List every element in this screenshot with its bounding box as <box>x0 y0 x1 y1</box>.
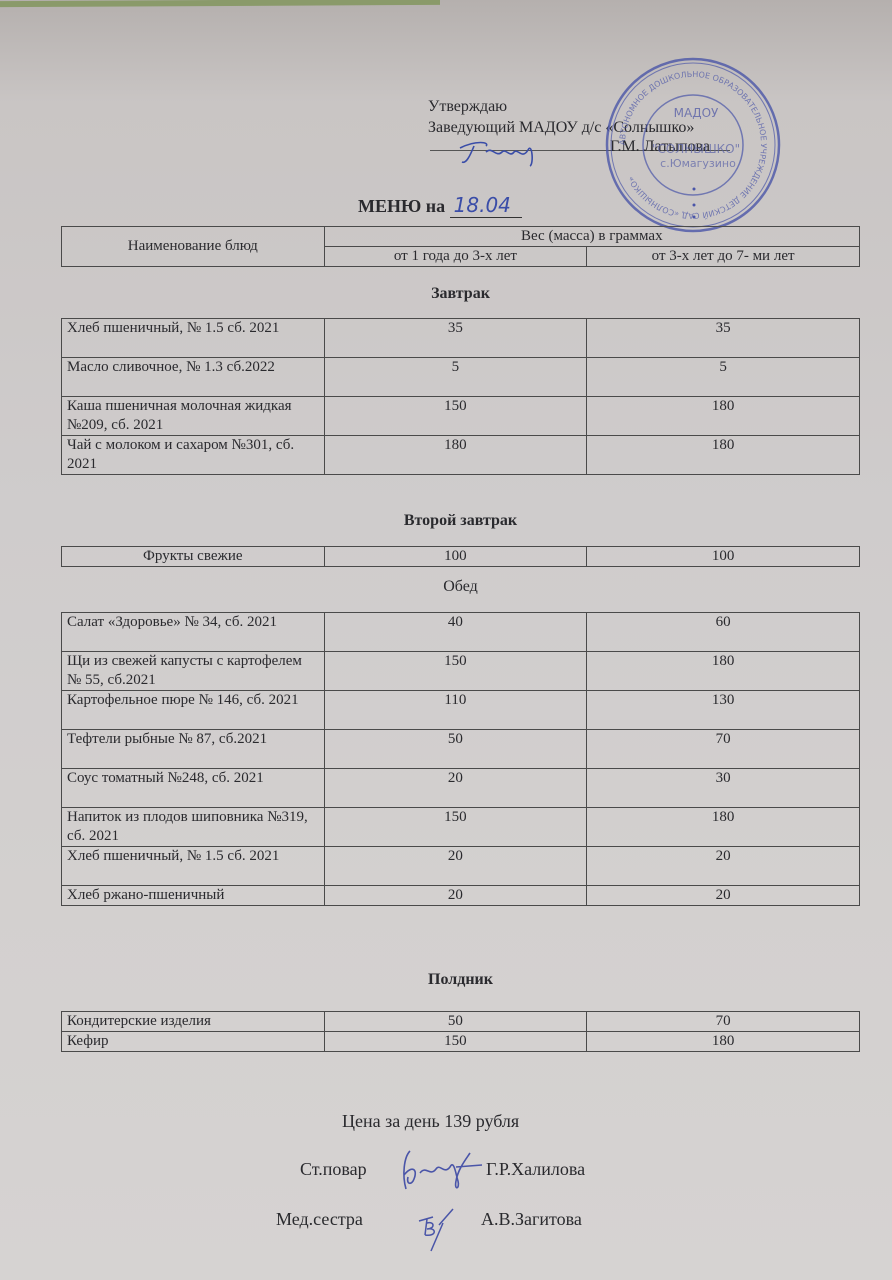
background-edge <box>0 0 440 7</box>
nurse-role: Мед.сестра <box>276 1209 363 1230</box>
weight-age-1-3: 110 <box>324 691 587 730</box>
stamp-center-3: с.Юмагузино <box>660 157 736 170</box>
weight-age-1-3: 100 <box>324 547 587 567</box>
weight-age-3-7: 180 <box>587 652 860 691</box>
stamp-center-2: "СОЛНЫШКО" <box>652 142 740 156</box>
chef-role: Ст.повар <box>300 1159 367 1180</box>
table-row: Фрукты свежие 100 100 <box>62 547 860 567</box>
table-row: Масло сливочное, № 1.3 сб.2022 5 5 <box>62 358 860 397</box>
weight-age-1-3: 50 <box>324 1012 587 1032</box>
chef-signature-icon <box>396 1145 486 1195</box>
table-row: Кондитерские изделия 50 70 <box>62 1012 860 1032</box>
weight-age-3-7: 130 <box>587 691 860 730</box>
weight-age-1-3: 20 <box>324 769 587 808</box>
dish-name: Хлеб ржано-пшеничный <box>62 886 325 906</box>
header-weight: Вес (масса) в граммах <box>324 227 859 247</box>
snack-table: Кондитерские изделия 50 70 Кефир 150 180 <box>61 1011 860 1052</box>
section-title-snack: Полдник <box>61 971 860 989</box>
table-row: Соус томатный №248, сб. 2021 20 30 <box>62 769 860 808</box>
weight-age-1-3: 150 <box>324 397 587 436</box>
weight-age-3-7: 180 <box>587 808 860 847</box>
dish-name: Щи из свежей капусты с картофелем № 55, … <box>62 652 325 691</box>
dish-name: Хлеб пшеничный, № 1.5 сб. 2021 <box>62 319 325 358</box>
weight-age-1-3: 40 <box>324 613 587 652</box>
menu-date: 18.04 <box>450 193 522 218</box>
weight-age-1-3: 150 <box>324 808 587 847</box>
dish-name: Фрукты свежие <box>62 547 325 567</box>
page-title: МЕНЮ на 18.04 <box>358 193 522 218</box>
daily-price: Цена за день 139 рубля <box>342 1111 519 1132</box>
weight-age-3-7: 35 <box>587 319 860 358</box>
weight-age-1-3: 35 <box>324 319 587 358</box>
section-title-second-breakfast: Второй завтрак <box>61 512 860 530</box>
table-row: Хлеб пшеничный, № 1.5 сб. 2021 20 20 <box>62 847 860 886</box>
weight-age-3-7: 180 <box>587 1032 860 1052</box>
dish-name: Соус томатный №248, сб. 2021 <box>62 769 325 808</box>
weight-age-1-3: 150 <box>324 1032 587 1052</box>
weight-age-3-7: 70 <box>587 1012 860 1032</box>
dish-name: Кефир <box>62 1032 325 1052</box>
weight-age-1-3: 20 <box>324 886 587 906</box>
weight-age-3-7: 30 <box>587 769 860 808</box>
section-title-breakfast: Завтрак <box>61 285 860 303</box>
nurse-signature-icon <box>413 1205 463 1255</box>
chef-name: Г.Р.Халилова <box>486 1159 585 1180</box>
table-row: Хлеб пшеничный, № 1.5 сб. 2021 35 35 <box>62 319 860 358</box>
weight-age-3-7: 100 <box>587 547 860 567</box>
weight-age-1-3: 180 <box>324 436 587 475</box>
dish-name: Напиток из плодов шиповника №319, сб. 20… <box>62 808 325 847</box>
weight-age-3-7: 180 <box>587 397 860 436</box>
dish-name: Салат «Здоровье» № 34, сб. 2021 <box>62 613 325 652</box>
title-prefix: МЕНЮ на <box>358 196 445 216</box>
table-row: Хлеб ржано-пшеничный 20 20 <box>62 886 860 906</box>
weight-age-3-7: 180 <box>587 436 860 475</box>
header-age-1-3: от 1 года до 3-х лет <box>324 247 587 267</box>
weight-age-1-3: 5 <box>324 358 587 397</box>
table-row: Чай с молоком и сахаром №301, сб. 2021 1… <box>62 436 860 475</box>
round-stamp-icon: АВТОНОМНОЕ ДОШКОЛЬНОЕ ОБРАЗОВАТЕЛЬНОЕ УЧ… <box>598 55 788 235</box>
stamp-center-1: МАДОУ <box>674 106 719 120</box>
dish-name: Картофельное пюре № 146, сб. 2021 <box>62 691 325 730</box>
breakfast-table: Хлеб пшеничный, № 1.5 сб. 2021 35 35 Мас… <box>61 318 860 475</box>
table-row: Тефтели рыбные № 87, сб.2021 50 70 <box>62 730 860 769</box>
dish-name: Чай с молоком и сахаром №301, сб. 2021 <box>62 436 325 475</box>
header-age-3-7: от 3-х лет до 7- ми лет <box>587 247 860 267</box>
lunch-table: Салат «Здоровье» № 34, сб. 2021 40 60 Щи… <box>61 612 860 906</box>
table-row: Каша пшеничная молочная жидкая №209, сб.… <box>62 397 860 436</box>
director-signature-icon <box>456 138 556 168</box>
dish-name: Тефтели рыбные № 87, сб.2021 <box>62 730 325 769</box>
menu-header-table: Наименование блюд Вес (масса) в граммах … <box>61 226 860 267</box>
table-row: Кефир 150 180 <box>62 1032 860 1052</box>
dish-name: Хлеб пшеничный, № 1.5 сб. 2021 <box>62 847 325 886</box>
second-breakfast-table: Фрукты свежие 100 100 <box>61 546 860 567</box>
nurse-name: А.В.Загитова <box>481 1209 582 1230</box>
table-row: Салат «Здоровье» № 34, сб. 2021 40 60 <box>62 613 860 652</box>
weight-age-3-7: 20 <box>587 886 860 906</box>
weight-age-1-3: 150 <box>324 652 587 691</box>
table-row: Картофельное пюре № 146, сб. 2021 110 13… <box>62 691 860 730</box>
dish-name: Кондитерские изделия <box>62 1012 325 1032</box>
table-row: Щи из свежей капусты с картофелем № 55, … <box>62 652 860 691</box>
section-title-lunch: Обед <box>61 578 860 596</box>
weight-age-1-3: 50 <box>324 730 587 769</box>
header-dish-name: Наименование блюд <box>62 227 325 267</box>
weight-age-1-3: 20 <box>324 847 587 886</box>
dish-name: Масло сливочное, № 1.3 сб.2022 <box>62 358 325 397</box>
table-row: Напиток из плодов шиповника №319, сб. 20… <box>62 808 860 847</box>
weight-age-3-7: 5 <box>587 358 860 397</box>
dish-name: Каша пшеничная молочная жидкая №209, сб.… <box>62 397 325 436</box>
weight-age-3-7: 60 <box>587 613 860 652</box>
weight-age-3-7: 20 <box>587 847 860 886</box>
weight-age-3-7: 70 <box>587 730 860 769</box>
